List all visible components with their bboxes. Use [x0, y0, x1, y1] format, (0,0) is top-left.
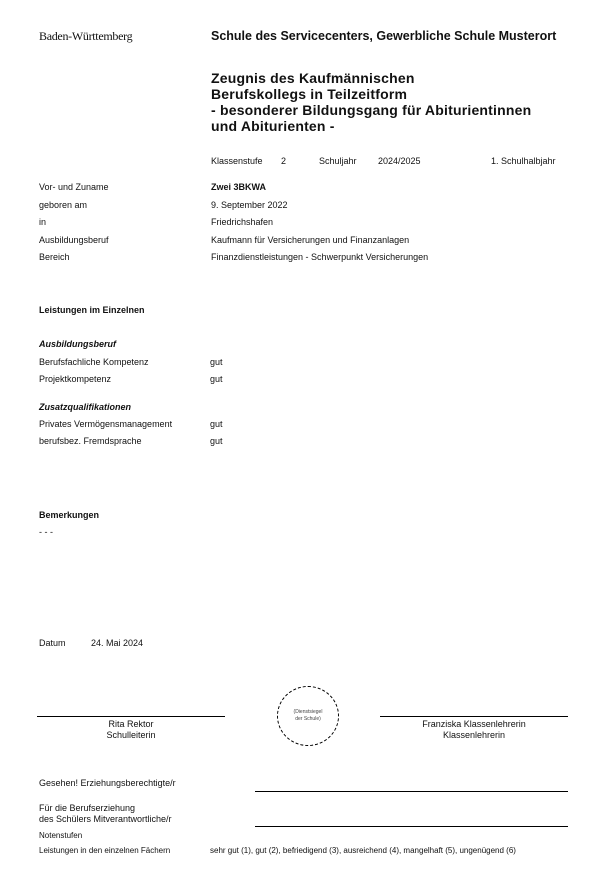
person-row: geboren am 9. September 2022: [39, 200, 579, 218]
guardian-label: Gesehen! Erziehungsberechtigte/r: [39, 778, 176, 788]
grade: gut: [210, 419, 223, 429]
birth-date: 9. September 2022: [211, 200, 288, 210]
person-label: geboren am: [39, 200, 87, 210]
title-line: Zeugnis des Kaufmännischen: [211, 70, 591, 86]
grade-row: Berufsfachliche Kompetenz gut: [39, 357, 339, 374]
seal-text: (Dienstsiegel: [294, 709, 323, 716]
group-title-zusatzqualifikationen: Zusatzqualifikationen: [39, 402, 131, 412]
principal-role: Schulleiterin: [37, 730, 225, 741]
grade-row: Projektkompetenz gut: [39, 374, 339, 391]
coresponsible-signature-line: [255, 826, 568, 827]
grade-list: Privates Vermögensmanagement gut berufsb…: [39, 419, 339, 452]
title-line: Berufskollegs in Teilzeitform: [211, 86, 591, 102]
person-label: Bereich: [39, 252, 70, 262]
state-name: Baden-Württemberg: [39, 29, 132, 44]
grades-scale: sehr gut (1), gut (2), befriedigend (3),…: [210, 846, 516, 855]
schuljahr-label: Schuljahr: [319, 156, 357, 166]
coresponsible-line: Für die Berufserziehung: [39, 803, 172, 814]
grade-row: Privates Vermögensmanagement gut: [39, 419, 339, 436]
grade: gut: [210, 436, 223, 446]
subject: Privates Vermögensmanagement: [39, 419, 172, 429]
class-meta: Klassenstufe 2 Schuljahr 2024/2025 1. Sc…: [211, 156, 571, 168]
subject: Berufsfachliche Kompetenz: [39, 357, 149, 367]
principal-name: Rita Rektor: [37, 719, 225, 730]
document-title: Zeugnis des Kaufmännischen Berufskollegs…: [211, 70, 591, 134]
person-row: in Friedrichshafen: [39, 217, 579, 235]
group-title-ausbildungsberuf: Ausbildungsberuf: [39, 339, 116, 349]
grade: gut: [210, 357, 223, 367]
grade: gut: [210, 374, 223, 384]
profession: Kaufmann für Versicherungen und Finanzan…: [211, 235, 409, 245]
principal-signature-line: [37, 716, 225, 717]
date-value: 24. Mai 2024: [91, 638, 143, 648]
person-row: Vor- und Zuname Zwei 3BKWA: [39, 182, 579, 200]
coresponsible-line: des Schülers Mitverantwortliche/r: [39, 814, 172, 825]
halbjahr: 1. Schulhalbjahr: [491, 156, 556, 166]
teacher-signature: Franziska Klassenlehrerin Klassenlehreri…: [380, 719, 568, 741]
teacher-name: Franziska Klassenlehrerin: [380, 719, 568, 730]
person-label: Vor- und Zuname: [39, 182, 109, 192]
title-line: und Abiturienten -: [211, 118, 591, 134]
principal-signature: Rita Rektor Schulleiterin: [37, 719, 225, 741]
student-name: Zwei 3BKWA: [211, 182, 266, 192]
performance-heading: Leistungen im Einzelnen: [39, 305, 145, 315]
klassenstufe-value: 2: [281, 156, 286, 166]
seal-text: der Schule): [294, 716, 323, 723]
remarks-heading: Bemerkungen: [39, 510, 99, 520]
date-label: Datum: [39, 638, 66, 648]
subject: berufsbez. Fremdsprache: [39, 436, 142, 446]
area: Finanzdienstleistungen - Schwerpunkt Ver…: [211, 252, 428, 262]
klassenstufe-label: Klassenstufe: [211, 156, 263, 166]
subject: Projektkompetenz: [39, 374, 111, 384]
person-row: Ausbildungsberuf Kaufmann für Versicheru…: [39, 235, 579, 253]
grade-list: Berufsfachliche Kompetenz gut Projektkom…: [39, 357, 339, 390]
birth-place: Friedrichshafen: [211, 217, 273, 227]
school-seal-placeholder: (Dienstsiegel der Schule): [277, 686, 339, 746]
school-name: Schule des Servicecenters, Gewerbliche S…: [211, 29, 571, 44]
person-label: Ausbildungsberuf: [39, 235, 109, 245]
schuljahr-value: 2024/2025: [378, 156, 421, 166]
teacher-signature-line: [380, 716, 568, 717]
person-row: Bereich Finanzdienstleistungen - Schwerp…: [39, 252, 579, 270]
guardian-signature-line: [255, 791, 568, 792]
person-details: Vor- und Zuname Zwei 3BKWA geboren am 9.…: [39, 182, 579, 270]
remarks-text: - - -: [39, 527, 53, 537]
coresponsible-label: Für die Berufserziehung des Schülers Mit…: [39, 803, 172, 825]
title-line: - besonderer Bildungsgang für Abiturient…: [211, 102, 591, 118]
person-label: in: [39, 217, 46, 227]
teacher-role: Klassenlehrerin: [380, 730, 568, 741]
grades-sub-label: Leistungen in den einzelnen Fächern: [39, 846, 170, 855]
grade-row: berufsbez. Fremdsprache gut: [39, 436, 339, 453]
grades-label: Notenstufen: [39, 831, 82, 840]
